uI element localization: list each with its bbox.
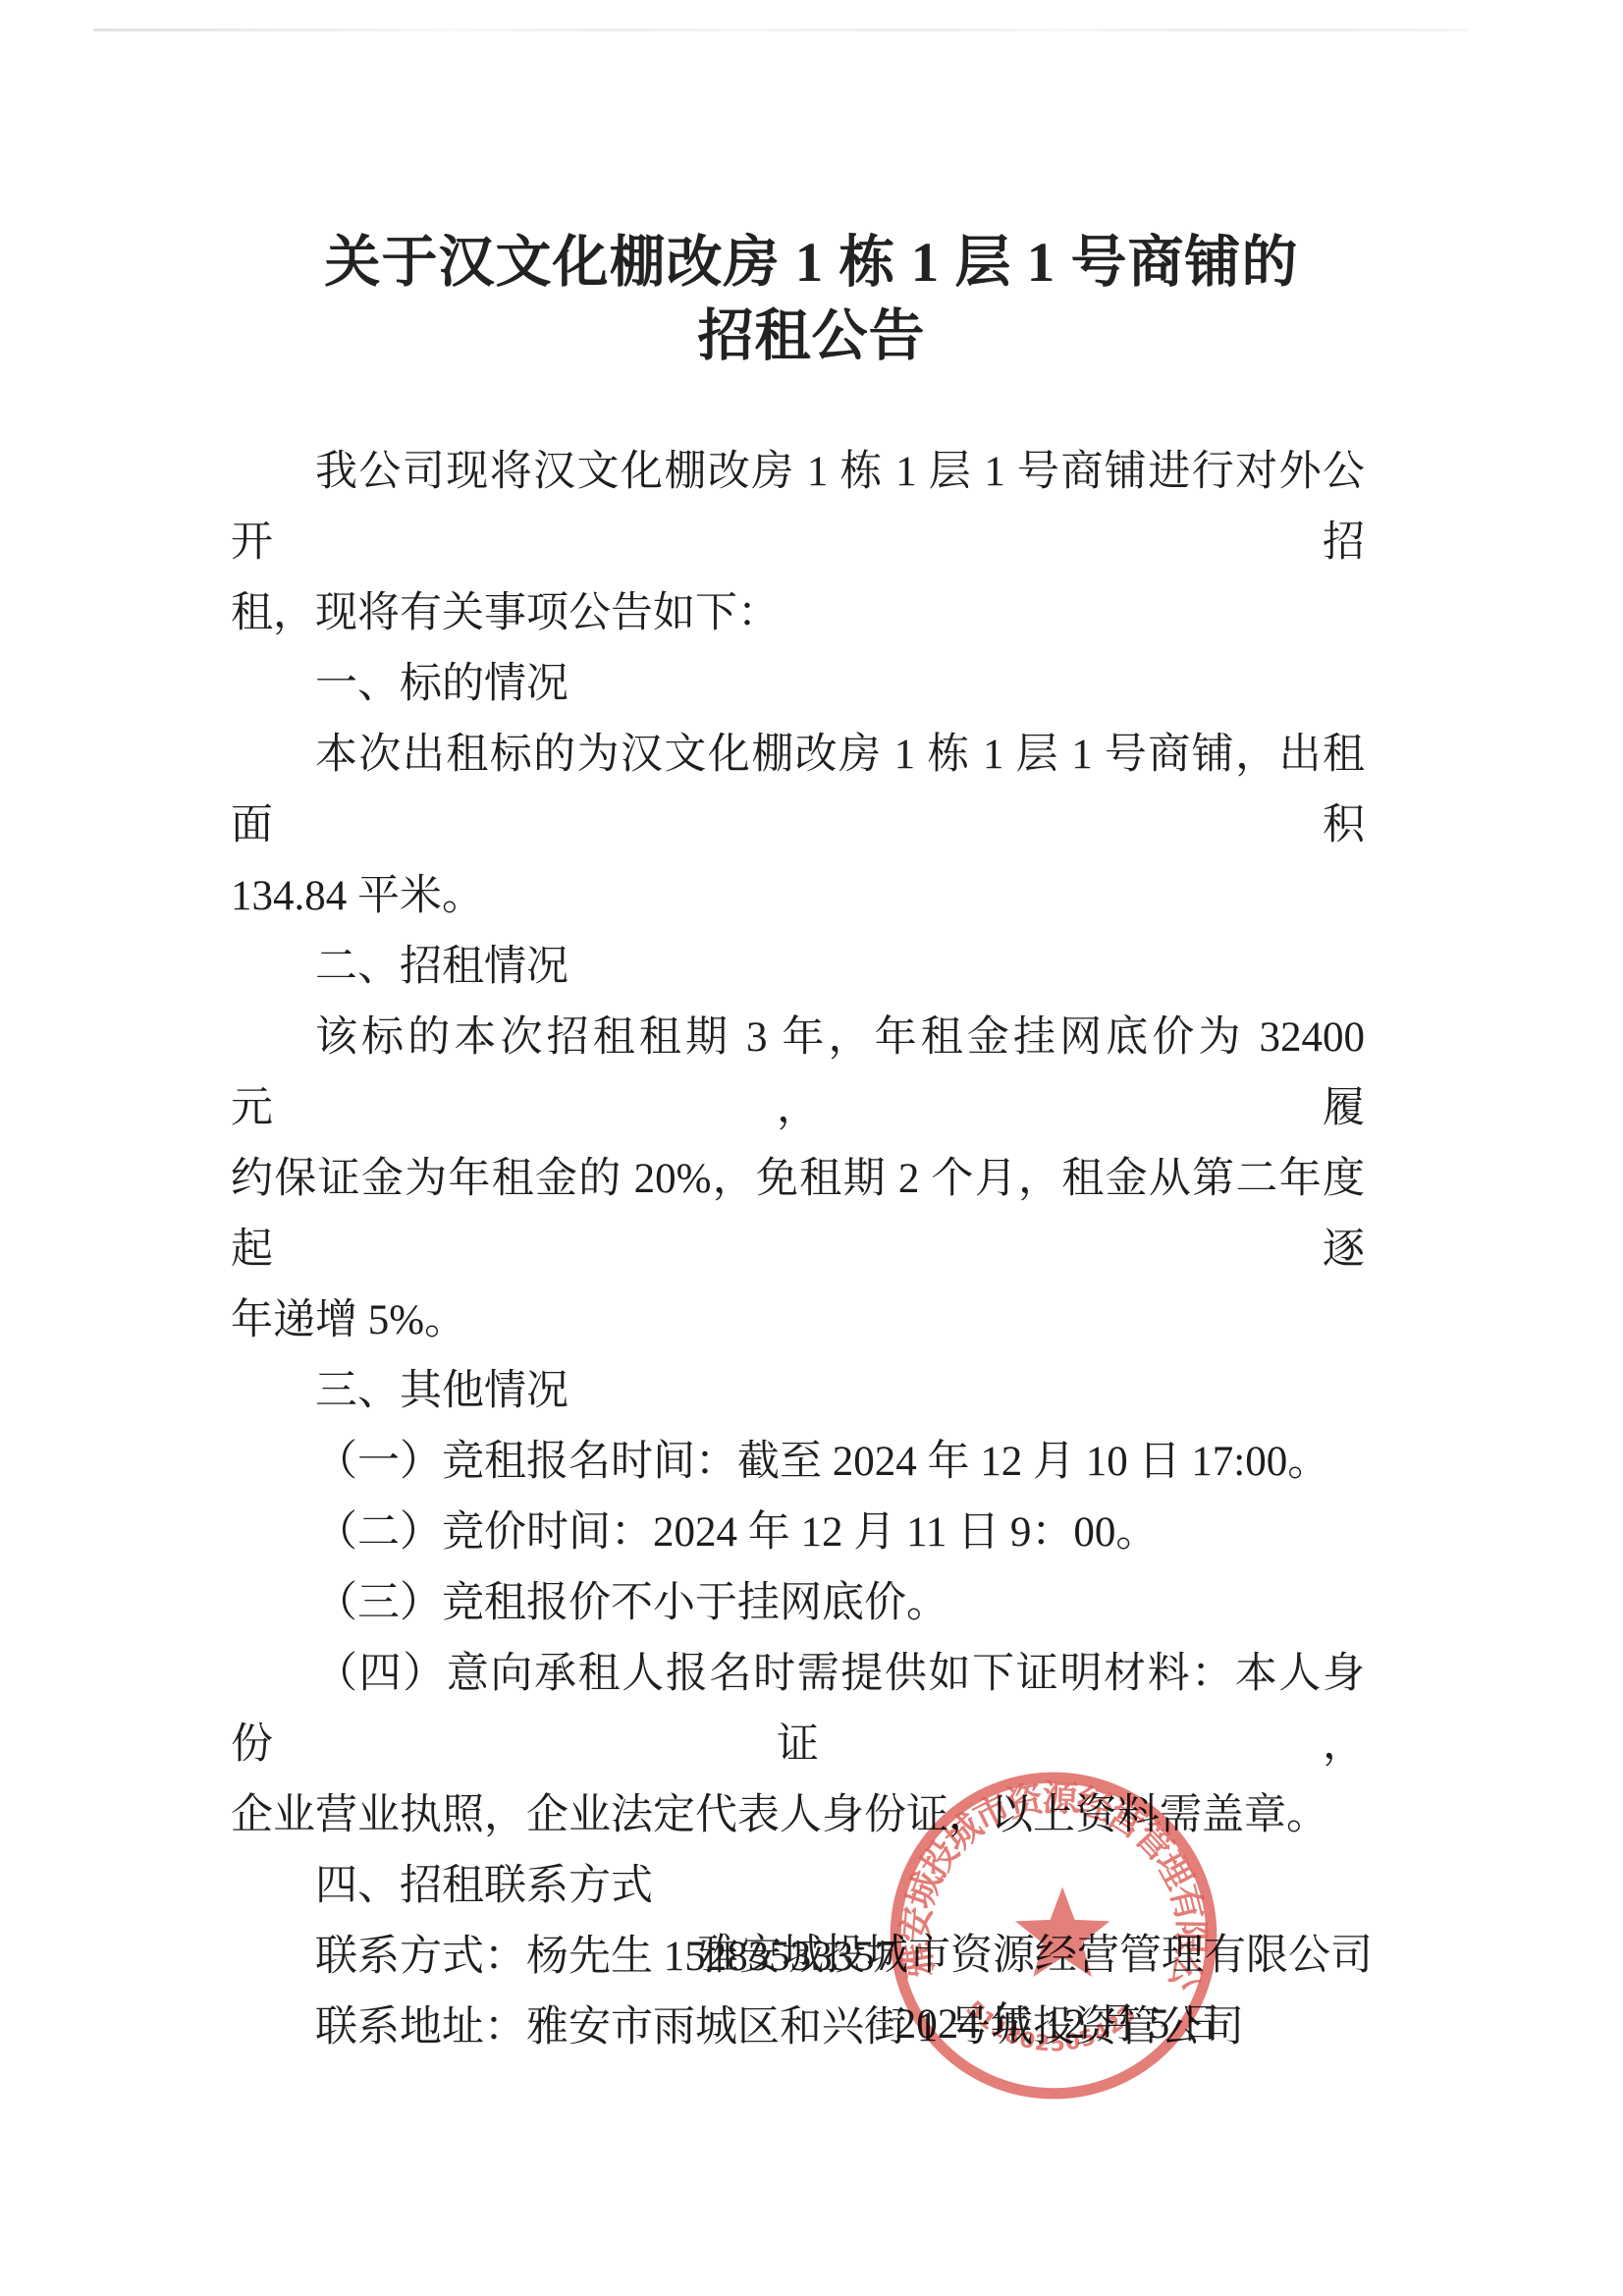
body-line: 该标的本次招租租期 3 年，年租金挂网底价为 32400 元，履 (231, 1003, 1365, 1144)
body-line: 本次出租标的为汉文化棚改房 1 栋 1 层 1 号商铺，出租面积 (231, 720, 1365, 861)
body-line: 我公司现将汉文化棚改房 1 栋 1 层 1 号商铺进行对外公开招 (231, 437, 1365, 578)
section-heading-2: 二、招租情况 (231, 932, 1365, 1003)
document-body: 我公司现将汉文化棚改房 1 栋 1 层 1 号商铺进行对外公开招 租，现将有关事… (231, 437, 1365, 2063)
document-page: 关于汉文化棚改房 1 栋 1 层 1 号商铺的 招租公告 我公司现将汉文化棚改房… (0, 0, 1623, 2296)
section-heading-3: 三、其他情况 (231, 1356, 1365, 1427)
signature-company: 雅安城投城市资源经营管理有限公司 (697, 1921, 1373, 1992)
section-heading-4: 四、招租联系方式 (231, 1851, 1365, 1922)
scan-artifact-line (93, 28, 1468, 31)
body-line: 年递增 5%。 (231, 1285, 1365, 1356)
section-heading-1: 一、标的情况 (231, 649, 1365, 720)
body-line: （三）竞租报价不小于挂网底价。 (231, 1568, 1365, 1639)
body-line: （四）意向承租人报名时需提供如下证明材料：本人身份证， (231, 1639, 1365, 1780)
body-line: 约保证金为年租金的 20%，免租期 2 个月，租金从第二年度起逐 (231, 1144, 1365, 1285)
body-line: 134.84 平米。 (231, 861, 1365, 932)
body-line: （一）竞租报名时间：截至 2024 年 12 月 10 日 17:00。 (231, 1427, 1365, 1498)
title-line-1: 关于汉文化棚改房 1 栋 1 层 1 号商铺的 (0, 226, 1623, 300)
signature-date: 2024 年 12 月 5 日 (895, 1990, 1222, 2060)
body-line: 租，现将有关事项公告如下： (231, 578, 1365, 649)
title-line-2: 招租公告 (0, 300, 1623, 373)
body-line: （二）竞价时间：2024 年 12 月 11 日 9：00。 (231, 1498, 1365, 1568)
body-line: 企业营业执照，企业法定代表人身份证，以上资料需盖章。 (231, 1780, 1365, 1851)
document-title: 关于汉文化棚改房 1 栋 1 层 1 号商铺的 招租公告 (0, 226, 1623, 373)
